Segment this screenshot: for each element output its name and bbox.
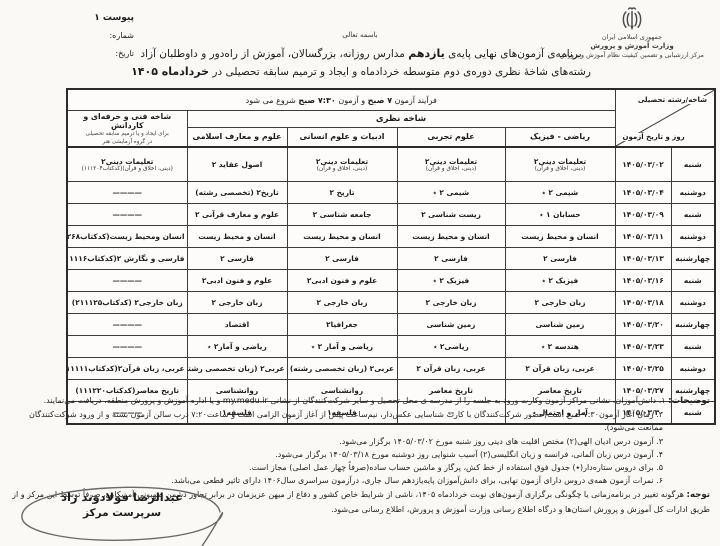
title-line1-pre: برنامه‌ی آزمون‌های نهایی پایه‌ی bbox=[445, 48, 582, 60]
exam-subject: عربی۲ (زبان تخصصی رشته) bbox=[187, 358, 287, 380]
exam-subject: ریاضی۲ ٭ bbox=[397, 336, 505, 358]
exam-day: دوشنبه bbox=[671, 358, 715, 380]
page-title: برنامه‌ی آزمون‌های نهایی پایه‌ی یازدهم م… bbox=[102, 45, 620, 81]
besmele-text: باسمه تعالی bbox=[280, 31, 440, 39]
exam-date: ۱۴۰۵/۰۳/۱۳ bbox=[615, 248, 671, 270]
exam-date: ۱۴۰۵/۰۳/۰۲ bbox=[615, 147, 671, 182]
nazari-branch-header: شاخه نظری bbox=[187, 111, 615, 128]
exam-subject: علوم و فنون ادبی۲ bbox=[187, 270, 287, 292]
exam-subject: اصول عقاید ۲ bbox=[187, 147, 287, 182]
attention-label: توجه: bbox=[687, 490, 710, 500]
fani-subtitle-2: در گروه آزمایشی هنر bbox=[70, 139, 185, 146]
exam-subject: ———— bbox=[67, 204, 187, 226]
exam-date: ۱۴۰۵/۰۳/۲۰ bbox=[615, 314, 671, 336]
exam-subject: فارسی و نگارش ۲(کدکتاب۲۱۱۱۱۶) bbox=[67, 248, 187, 270]
exam-subject: جامعه شناسی ۲ bbox=[287, 204, 397, 226]
exam-date: ۱۴۰۵/۰۳/۱۶ bbox=[615, 270, 671, 292]
exam-subject: ———— bbox=[67, 314, 187, 336]
exam-date: ۱۴۰۵/۰۳/۰۹ bbox=[615, 204, 671, 226]
exam-subject: زبان خارجی۲ (کدکتاب۲۱۱۱۲۵) bbox=[67, 292, 187, 314]
exam-day: دوشنبه bbox=[671, 292, 715, 314]
exam-day: دوشنبه bbox=[671, 182, 715, 204]
exam-subject: زبان خارجی ۲ bbox=[397, 292, 505, 314]
exam-subject: تعلیمات دینی۲(دینی، اخلاق و قرآن) bbox=[397, 147, 505, 182]
exam-subject: فیزیک ۲ ٭ bbox=[397, 270, 505, 292]
exam-subject: عربی، زبان قرآن۲(کدکتاب۲۱۱۱۱۱) bbox=[67, 358, 187, 380]
table-row: دوشنبه۱۴۰۵/۰۳/۲۵عربی، زبان قرآن ۲عربی، ز… bbox=[67, 358, 715, 380]
exam-date: ۱۴۰۵/۰۳/۰۴ bbox=[615, 182, 671, 204]
table-row: شنبه۱۴۰۵/۰۳/۲۳هندسه ۲ ٭ریاضی۲ ٭ریاضی و آ… bbox=[67, 336, 715, 358]
exam-day: چهارشنبه bbox=[671, 248, 715, 270]
exam-subject: عربی، زبان قرآن ۲ bbox=[397, 358, 505, 380]
exam-subject: انسان و محیط زیست bbox=[505, 226, 615, 248]
exam-day: شنبه bbox=[671, 336, 715, 358]
signature-stamp: عبدالرضا فولادوند راد سرپرست مرکز bbox=[12, 486, 232, 544]
exam-subject: ———— bbox=[67, 182, 187, 204]
table-row: دوشنبه۱۴۰۵/۰۳/۱۸زبان خارجی ۲زبان خارجی ۲… bbox=[67, 292, 715, 314]
exam-date: ۱۴۰۵/۰۳/۲۳ bbox=[615, 336, 671, 358]
exam-subject: جغرافیا۲ bbox=[287, 314, 397, 336]
attachment-label: پیوست ۱ bbox=[88, 13, 134, 23]
exam-subject: تعلیمات دینی۲(دینی، اخلاق و قرآن) bbox=[505, 147, 615, 182]
exam-subject: انسان و محیط زیست bbox=[397, 226, 505, 248]
exam-subject: تاریخ۲ (تخصصی رشته) bbox=[187, 182, 287, 204]
exam-subject: انسان و محیط زیست bbox=[287, 226, 397, 248]
exam-subject: شیمی ۲ ٭ bbox=[505, 182, 615, 204]
note-item: ۴. آزمون درس زبان آلمانی، فرانسه و زبان … bbox=[8, 448, 663, 461]
exam-subject: ———— bbox=[67, 336, 187, 358]
exam-date: ۱۴۰۵/۰۳/۱۸ bbox=[615, 292, 671, 314]
note-item: توضیحات: ۱. دانش‌آموزان، نشانی مراکز آزم… bbox=[8, 394, 710, 408]
exam-subject: هندسه ۲ ٭ bbox=[505, 336, 615, 358]
table-header-row-1: شاخه/رشته تحصیلی روز و تاریخ آزمون فرآین… bbox=[67, 89, 715, 111]
exam-subject: عربی، زبان قرآن ۲ bbox=[505, 358, 615, 380]
document-page: جمهوری اسلامی ایران وزارت آموزش و پرورش … bbox=[0, 0, 720, 546]
corner-branch-label: شاخه/رشته تحصیلی bbox=[636, 96, 709, 104]
table-row: دوشنبه۱۴۰۵/۰۳/۱۱انسان و محیط زیستانسان و… bbox=[67, 226, 715, 248]
exam-subject: اقتصاد bbox=[187, 314, 287, 336]
corner-daydate-label: روز و تاریخ آزمون bbox=[621, 133, 687, 141]
notes-label: توضیحات: bbox=[668, 396, 710, 406]
note-item: ۳. آزمون درس ادیان الهی(۲) مختص اقلیت ها… bbox=[8, 435, 663, 448]
fani-branch-header: شاخه فنی و حرفه‌ای و کاردانش برای ایجاد … bbox=[67, 111, 187, 148]
exam-date: ۱۴۰۵/۰۳/۱۱ bbox=[615, 226, 671, 248]
iran-emblem-icon bbox=[552, 6, 712, 32]
exam-subject: حسابان ۱ ٭ bbox=[505, 204, 615, 226]
exam-day: شنبه bbox=[671, 204, 715, 226]
exam-day: چهارشنبه bbox=[671, 314, 715, 336]
note-item: ۲. زمان آغاز آزمون۷:۳۰ صبح است(حضور شرکت… bbox=[8, 408, 663, 434]
table-row: چهارشنبه۱۴۰۵/۰۳/۱۳فارسی ۲فارسی ۲فارسی ۲ف… bbox=[67, 248, 715, 270]
exam-subject: ریاضی و آمار ۲ ٭ bbox=[287, 336, 397, 358]
process-seg-2: و آزمون bbox=[336, 96, 368, 105]
exam-subject: ریاضی و آمار۲ ٭ bbox=[187, 336, 287, 358]
exam-schedule-table: شاخه/رشته تحصیلی روز و تاریخ آزمون فرآین… bbox=[66, 88, 716, 425]
exam-day: دوشنبه bbox=[671, 226, 715, 248]
exam-subject: زبان خارجی ۲ bbox=[287, 292, 397, 314]
exam-subject: انسان ومحیط زیست(کدکتاب۱۱۱۲۶۸) bbox=[67, 226, 187, 248]
note-item: ۵. برای دروس ستاره‌دار(٭) جدول فوق استفا… bbox=[8, 461, 663, 474]
fani-subtitle-1: برای ایجاد و یا ترمیم سابقه تحصیلی bbox=[70, 131, 185, 138]
exam-subject: زبان خارجی ۲ bbox=[505, 292, 615, 314]
exam-subject: تعلیمات دینی۲(دینی، اخلاق و قرآن) bbox=[287, 147, 397, 182]
exam-subject: شیمی ۲ ٭ bbox=[397, 182, 505, 204]
exam-table-body: شنبه۱۴۰۵/۰۳/۰۲تعلیمات دینی۲(دینی، اخلاق … bbox=[67, 147, 715, 424]
column-header-humanities: ادبیات و علوم انسانی bbox=[287, 127, 397, 147]
exam-subject: ———— bbox=[67, 270, 187, 292]
process-time-2: ۷:۳۰ صبح bbox=[298, 96, 335, 105]
note-text-1: ۱. دانش‌آموزان، نشانی مراکز آزمون وکارت … bbox=[44, 396, 666, 405]
corner-header-cell: شاخه/رشته تحصیلی روز و تاریخ آزمون bbox=[615, 89, 715, 147]
process-seg-1: فرآیند آزمون bbox=[392, 96, 437, 105]
exam-subject: علوم و معارف قرآنی ۲ bbox=[187, 204, 287, 226]
process-time-1: ۷ صبح bbox=[368, 96, 392, 105]
exam-subject: زمین شناسی bbox=[397, 314, 505, 336]
exam-subject: فارسی ۲ bbox=[187, 248, 287, 270]
column-header-experimental: علوم تجربی bbox=[397, 127, 505, 147]
title-line2-pre: رشته‌های شاخهٔ نظری دوره‌ی دوم متوسطه خر… bbox=[209, 66, 591, 78]
exam-subject: فارسی ۲ bbox=[287, 248, 397, 270]
org-country: جمهوری اسلامی ایران bbox=[552, 33, 712, 41]
exam-date: ۱۴۰۵/۰۳/۲۵ bbox=[615, 358, 671, 380]
signer-role: سرپرست مرکز bbox=[12, 507, 232, 519]
exam-subject: زیست شناسی ۲ bbox=[397, 204, 505, 226]
exam-subject: تعلیمات دینی۲(دینی، اخلاق و قرآن)(کدکتاب… bbox=[67, 147, 187, 182]
number-label: شماره: bbox=[88, 31, 134, 40]
title-line1-post: مدارس روزانه، بزرگسالان، آموزش از راه‌دو… bbox=[140, 48, 408, 60]
title-grade: یازدهم bbox=[408, 47, 445, 60]
exam-subject: فیزیک ۲ ٭ bbox=[505, 270, 615, 292]
exam-day: شنبه bbox=[671, 147, 715, 182]
exam-subject: انسان و محیط زیست bbox=[187, 226, 287, 248]
exam-day: شنبه bbox=[671, 270, 715, 292]
table-row: شنبه۱۴۰۵/۰۳/۰۹حسابان ۱ ٭زیست شناسی ۲جامع… bbox=[67, 204, 715, 226]
exam-subject: تاریخ ۲ bbox=[287, 182, 397, 204]
exam-subject: زبان خارجی ۲ bbox=[187, 292, 287, 314]
exam-subject: زمین شناسی bbox=[505, 314, 615, 336]
exam-subject: فارسی ۲ bbox=[505, 248, 615, 270]
table-row: چهارشنبه۱۴۰۵/۰۳/۲۰زمین شناسیزمین شناسیجغ… bbox=[67, 314, 715, 336]
process-seg-3: شروع می شود bbox=[246, 96, 299, 105]
signer-name: عبدالرضا فولادوند راد bbox=[12, 490, 232, 504]
column-header-islamic: علوم و معارف اسلامی bbox=[187, 127, 287, 147]
process-note-cell: فرآیند آزمون ۷ صبح و آزمون ۷:۳۰ صبح شروع… bbox=[67, 89, 615, 111]
exam-subject: فارسی ۲ bbox=[397, 248, 505, 270]
table-row: دوشنبه۱۴۰۵/۰۳/۰۴شیمی ۲ ٭شیمی ۲ ٭تاریخ ۲ت… bbox=[67, 182, 715, 204]
column-header-math-physics: ریاضی - فیزیک bbox=[505, 127, 615, 147]
table-row: شنبه۱۴۰۵/۰۳/۰۲تعلیمات دینی۲(دینی، اخلاق … bbox=[67, 147, 715, 182]
fani-title: شاخه فنی و حرفه‌ای و کاردانش bbox=[70, 112, 185, 130]
table-row: شنبه۱۴۰۵/۰۳/۱۶فیزیک ۲ ٭فیزیک ۲ ٭علوم و ف… bbox=[67, 270, 715, 292]
exam-subject: علوم و فنون ادبی۲ bbox=[287, 270, 397, 292]
title-month: خردادماه ۱۴۰۵ bbox=[131, 65, 209, 78]
exam-subject: عربی۲ (زبان تخصصی رشته) bbox=[287, 358, 397, 380]
